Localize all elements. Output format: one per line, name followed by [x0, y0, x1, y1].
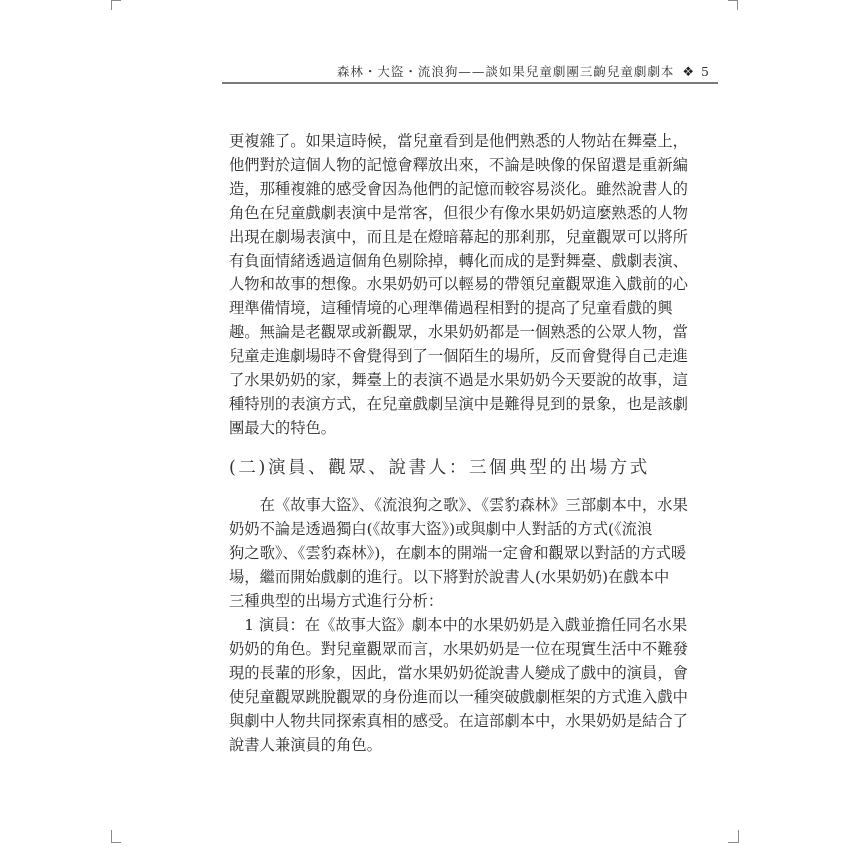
- page-number: 5: [701, 64, 710, 79]
- crop-mark-top-right-h: [728, 0, 738, 1]
- paragraph-2: 在《故事大盜》、《流浪狗之歌》、《雲豹森林》三部劇本中，水果 奶奶不論是透過獨白…: [229, 493, 667, 757]
- text-line: 狗之歌》、《雲豹森林》)，在劇本的開端一定會和觀眾以對話的方式暖: [229, 541, 667, 565]
- text-line: 奶奶的角色。對兒童觀眾而言，水果奶奶是一位在現實生活中不難發: [229, 637, 667, 661]
- header-text: 森林・大盜・流浪狗——談如果兒童劇團三齣兒童劇劇本❖5: [337, 62, 710, 80]
- crop-mark-bottom-right-h: [728, 842, 738, 843]
- text-line: 了水果奶奶的家，舞臺上的表演不過是水果奶奶今天要說的故事，這: [229, 369, 667, 393]
- ornament-icon: ❖: [682, 65, 695, 80]
- text-line: 現的長輩的形象，因此，當水果奶奶從說書人變成了戲中的演員，會: [229, 661, 667, 685]
- text-line: 三種典型的出場方式進行分析：: [229, 589, 667, 613]
- section-heading: (二)演員、觀眾、說書人：三個典型的出場方式: [229, 454, 669, 479]
- text-line: 人物和故事的想像。水果奶奶可以輕易的帶領兒童觀眾進入戲前的心: [229, 273, 667, 297]
- text-line: 角色在兒童戲劇表演中是常客，但很少有像水果奶奶這麼熟悉的人物: [229, 202, 667, 226]
- text-line: 兒童走進劇場時不會覺得到了一個陌生的場所，反而會覺得自己走進: [229, 345, 667, 369]
- header-rule: [222, 82, 718, 84]
- crop-mark-top-left: [111, 0, 112, 10]
- text-line: 與劇中人物共同探索真相的感受。在這部劇本中，水果奶奶是結合了: [229, 709, 667, 733]
- text-line: 奶奶不論是透過獨白(《故事大盜》)或與劇中人對話的方式(《流浪: [229, 517, 667, 541]
- text-line: 有負面情緒透過這個角色剔除掉，轉化而成的是對舞臺、戲劇表演、: [229, 250, 667, 274]
- crop-mark-bottom-left-h: [111, 842, 121, 843]
- text-line: 場，繼而開始戲劇的進行。以下將對於說書人(水果奶奶)在戲本中: [229, 565, 667, 589]
- crop-mark-top-right: [737, 0, 738, 10]
- text-line: 團最大的特色。: [229, 417, 667, 441]
- text-line: 更複雜了。如果這時候，當兒童看到是他們熟悉的人物站在舞臺上，: [229, 130, 667, 154]
- running-title: 森林・大盜・流浪狗——談如果兒童劇團三齣兒童劇劇本: [337, 64, 675, 79]
- text-line: 使兒童觀眾跳脫觀眾的身份進而以一種突破戲劇框架的方式進入戲中: [229, 685, 667, 709]
- crop-mark-top-left-h: [111, 0, 121, 1]
- text-line: 在《故事大盜》、《流浪狗之歌》、《雲豹森林》三部劇本中，水果: [229, 493, 667, 517]
- text-line: 理準備情境，這種情境的心理準備過程相對的提高了兒童看戲的興: [229, 297, 667, 321]
- text-line: 他們對於這個人物的記憶會釋放出來，不論是映像的保留還是重新編: [229, 154, 667, 178]
- text-line: 出現在劇場表演中，而且是在燈暗幕起的那剎那，兒童觀眾可以將所: [229, 226, 667, 250]
- text-line: 造，那種複雜的感受會因為他們的記憶而較容易淡化。雖然說書人的: [229, 178, 667, 202]
- running-header: 森林・大盜・流浪狗——談如果兒童劇團三齣兒童劇劇本❖5: [222, 60, 718, 84]
- text-line: 趣。無論是老觀眾或新觀眾，水果奶奶都是一個熟悉的公眾人物，當: [229, 321, 667, 345]
- text-line: 說書人兼演員的角色。: [229, 733, 667, 757]
- paragraph-1: 更複雜了。如果這時候，當兒童看到是他們熟悉的人物站在舞臺上， 他們對於這個人物的…: [229, 130, 667, 441]
- crop-mark-bottom-right: [738, 830, 739, 843]
- text-line: 種特別的表演方式，在兒童戲劇呈演中是難得見到的景象，也是該劇: [229, 393, 667, 417]
- text-line: 1 演員：在《故事大盜》劇本中的水果奶奶是入戲並擔任同名水果: [229, 613, 667, 637]
